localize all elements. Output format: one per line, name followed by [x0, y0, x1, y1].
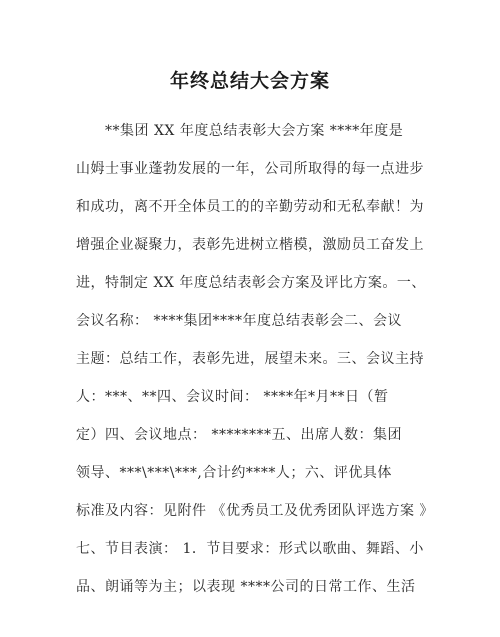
paragraph-line-11: 标准及内容：见附件 《优秀员工及优秀团队评选方案 》 [76, 502, 436, 520]
paragraph-line-6: 会议名称： ****集团****年度总结表彰会二、会议 [76, 312, 436, 330]
paragraph-line-1: **集团 XX 年度总结表彰大会方案 ****年度是 [105, 122, 465, 140]
paragraph-line-5: 进，特制定 XX 年度总结表彰会方案及评比方案。一、 [76, 274, 436, 292]
document-title: 年终总结大会方案 [0, 66, 500, 93]
paragraph-line-3: 和成功，离不开全体员工的的辛勤劳动和无私奉献！为 [76, 198, 436, 216]
paragraph-line-13: 品、朗诵等为主；以表现 ****公司的日常工作、生活 [76, 578, 436, 596]
paragraph-line-9: 定）四、会议地点： ********五、出席人数：集团 [76, 426, 436, 444]
paragraph-line-8: 人：***、**四、会议时间： ****年*月**日（暂 [76, 388, 436, 406]
paragraph-line-7: 主题：总结工作，表彰先进，展望未来。三、会议主持 [76, 350, 436, 368]
paragraph-line-2: 山姆士事业蓬勃发展的一年，公司所取得的每一点进步 [76, 160, 436, 178]
paragraph-line-4: 增强企业凝聚力，表彰先进树立楷模，激励员工奋发上 [76, 236, 436, 254]
paragraph-line-12: 七、节目表演： 1．节目要求：形式以歌曲、舞蹈、小 [76, 540, 436, 558]
document-page: 年终总结大会方案 **集团 XX 年度总结表彰大会方案 ****年度是 山姆士事… [0, 0, 500, 637]
paragraph-line-10: 领导、***\***\***,合计约****人；六、评优具体 [76, 464, 436, 482]
